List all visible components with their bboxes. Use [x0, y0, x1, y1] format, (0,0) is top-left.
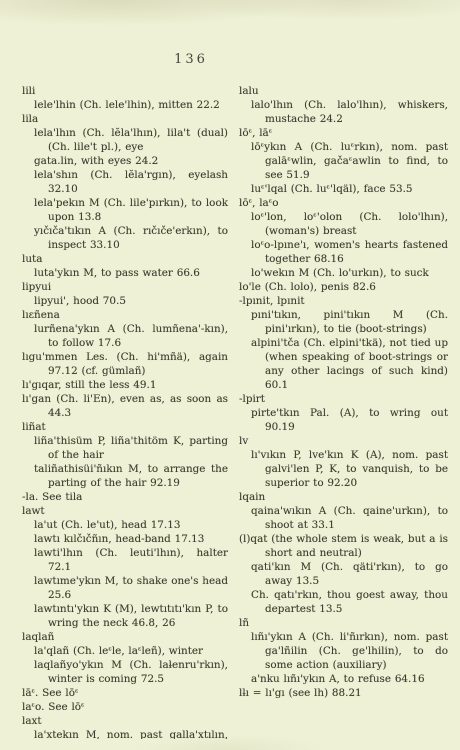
entry-line: Ch. qatı'rkın, thou goest away, thou dep… — [239, 588, 448, 616]
entry-line: lı'vıkın P, lve'kın K (A), nom. past gal… — [239, 448, 448, 490]
entry-headword: -la. See tila — [22, 490, 228, 504]
entry-headword: lawt — [22, 504, 228, 518]
entry-line: alpini'tča (Ch. elpini'tkä), not tied up… — [239, 336, 448, 392]
entry-headword: luta — [22, 252, 228, 266]
entry-headword: lıɛñena — [22, 308, 228, 322]
entry-headword: liñat — [22, 420, 228, 434]
scanned-page: 136 lililele'lhin (Ch. lele'lhin), mitte… — [0, 0, 460, 750]
entry-line: lalo'lhın (Ch. lalo'lhın), whiskers, mus… — [239, 98, 448, 126]
dictionary-columns: lililele'lhin (Ch. lele'lhin), mitten 22… — [22, 84, 448, 739]
entry-line: lela'lhın (Ch. lĕla'lhın), lila't (dual)… — [22, 126, 228, 154]
entry-headword: lili — [22, 84, 228, 98]
entry-line: la'xtekın M, nom. past galla'xtılın, to … — [22, 728, 228, 739]
entry-headword: lñ — [239, 616, 448, 630]
entry-headword: lōᵋ, laᵋo — [239, 196, 448, 210]
entry-headword: lōᵋ, lāᵋ — [239, 126, 448, 140]
page-number: 136 — [0, 52, 382, 67]
entry-headword: -lpirt — [239, 392, 448, 406]
entry-headword: lo'le (Ch. lolo), penis 82.6 — [239, 280, 448, 294]
entry-line: liña'thisüm P, liña'thitöm K, parting of… — [22, 434, 228, 462]
entry-line: yıčıča'tıkın A (Ch. rıčıče'erkın), to in… — [22, 224, 228, 252]
entry-line: lawtı kılčıčñın, head-band 17.13 — [22, 532, 228, 546]
column-right: lalulalo'lhın (Ch. lalo'lhın), whiskers,… — [239, 84, 448, 739]
entry-headword: lıgu'mmen Les. (Ch. hi'mñä), again 97.12… — [22, 350, 228, 378]
entry-line: luta'ykın M, to pass water 66.6 — [22, 266, 228, 280]
entry-line: qati'kın M (Ch. qäti'rkın), to go away 1… — [239, 560, 448, 588]
entry-line: a'nku lıñı'ykın A, to refuse 64.16 — [239, 672, 448, 686]
entry-line: laqlañyo'ykın M (Ch. laƚenru'rkın), wint… — [22, 658, 228, 686]
entry-line: lela'pekın M (Ch. lile'pırkın), to look … — [22, 196, 228, 224]
entry-headword: lāᵋ. See lōᵋ — [22, 686, 228, 700]
entry-line: lawtıme'ykın M, to shake one's head 25.6 — [22, 574, 228, 602]
entry-line: lipyui', hood 70.5 — [22, 294, 228, 308]
entry-headword: lqain — [239, 490, 448, 504]
column-left: lililele'lhin (Ch. lele'lhin), mitten 22… — [22, 84, 228, 739]
entry-line: pıni'tıkın, pini'tıkın M (Ch. pini'ırkın… — [239, 308, 448, 336]
entry-line: la'qlañ (Ch. leᵋle, laᵋleñ), winter — [22, 644, 228, 658]
entry-line: taliñathisüi'ñıkın M, to arrange the par… — [22, 462, 228, 490]
entry-headword: -lpınit, lpınit — [239, 294, 448, 308]
entry-line: lawtıntı'ykın K (M), lewtıtıtı'kın P, to… — [22, 602, 228, 630]
entry-headword: lı'gan (Ch. li'En), even as, as soon as … — [22, 392, 228, 420]
entry-headword: lipyui — [22, 280, 228, 294]
entry-headword: lƚı = lı'gı (see lh) 88.21 — [239, 686, 448, 700]
entry-line: lıñı'ykın A (Ch. li'ñırkın), nom. past g… — [239, 630, 448, 672]
entry-line: luᵋ'lqal (Ch. luᵋ'lqäl), face 53.5 — [239, 182, 448, 196]
entry-line: lurñena'ykın A (Ch. lumñena'-kın), to fo… — [22, 322, 228, 350]
entry-headword: lı'gıqar, still the less 49.1 — [22, 378, 228, 392]
entry-line: lele'lhin (Ch. lele'lhin), mitten 22.2 — [22, 98, 228, 112]
entry-line: gata.lin, with eyes 24.2 — [22, 154, 228, 168]
entry-line: lawti'lhın (Ch. leuti'lhın), halter 72.1 — [22, 546, 228, 574]
entry-headword: lalu — [239, 84, 448, 98]
entry-line: loᵋo-lpıne'ı, women's hearts fastened to… — [239, 238, 448, 266]
entry-headword: laqlañ — [22, 630, 228, 644]
entry-headword: laᵋo. See lōᵋ — [22, 700, 228, 714]
entry-headword: lila — [22, 112, 228, 126]
entry-line: lela'shın (Ch. lĕla'rgın), eyelash 32.10 — [22, 168, 228, 196]
entry-line: loᵋ'lon, loᵋ'olon (Ch. lolo'lhın), (woma… — [239, 210, 448, 238]
entry-line: qaina'wıkın A (Ch. qaine'urkın), to shoo… — [239, 504, 448, 532]
entry-line: lo'wekın M (Ch. lo'urkın), to suck — [239, 266, 448, 280]
entry-line: pirte'tkın Pal. (A), to wring out 90.19 — [239, 406, 448, 434]
entry-headword: (l)qat (the whole stem is weak, but a is… — [239, 532, 448, 560]
entry-line: la'ut (Ch. le'ut), head 17.13 — [22, 518, 228, 532]
entry-headword: lv — [239, 434, 448, 448]
entry-line: lōᵋykın A (Ch. luᵋrkın), nom. past galāᵋ… — [239, 140, 448, 182]
entry-headword: laxt — [22, 714, 228, 728]
